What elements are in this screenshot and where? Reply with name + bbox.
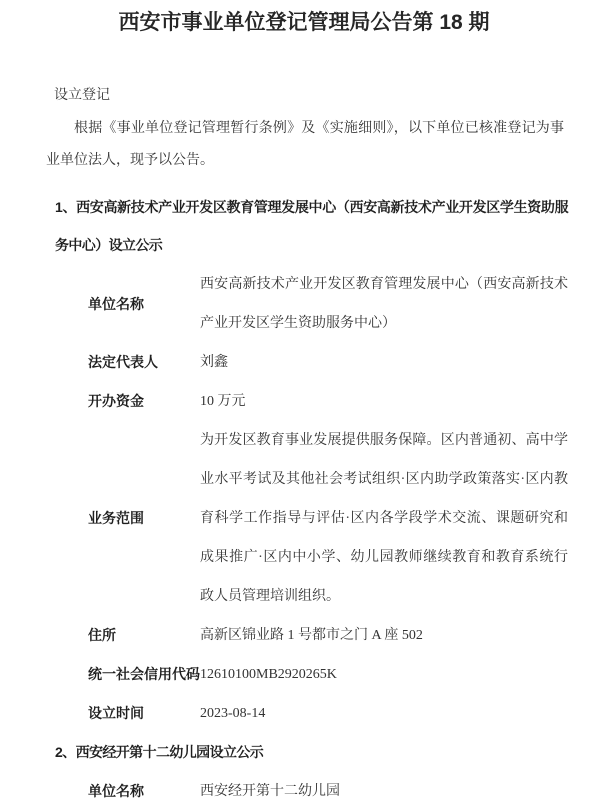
field-value-unit-name: 西安高新技术产业开发区教育管理发展中心（西安高新技术产业开发区学生资助服务中心） <box>200 265 568 343</box>
field-value-establishment-date: 2023-08-14 <box>200 694 568 733</box>
field-row-unit-name: 单位名称 西安高新技术产业开发区教育管理发展中心（西安高新技术产业开发区学生资助… <box>88 265 568 343</box>
field-row-credit-code: 统一社会信用代码 12610100MB2920265K <box>88 655 568 694</box>
document-page: 西安市事业单位登记管理局公告第 18 期 设立登记 根据《事业单位登记管理暂行条… <box>0 0 608 806</box>
entry-2-fields: 单位名称 西安经开第十二幼儿园 <box>88 772 568 806</box>
intro-paragraph: 根据《事业单位登记管理暂行条例》及《实施细则》，以下单位已核准登记为事业单位法人… <box>46 113 564 177</box>
field-value-credit-code: 12610100MB2920265K <box>200 655 568 694</box>
field-row-business-scope: 业务范围 为开发区教育事业发展提供服务保障。区内普通初、高中学业水平考试及其他社… <box>88 421 568 616</box>
entry-1-heading: 1、西安高新技术产业开发区教育管理发展中心（西安高新技术产业开发区学生资助服务中… <box>55 188 568 264</box>
field-value-unit-name-2: 西安经开第十二幼儿园 <box>200 772 568 806</box>
field-label-unit-name-2: 单位名称 <box>88 772 200 806</box>
field-label-address: 住所 <box>88 616 200 655</box>
field-label-unit-name: 单位名称 <box>88 285 200 324</box>
page-title: 西安市事业单位登记管理局公告第 18 期 <box>0 0 608 38</box>
field-row-unit-name-2: 单位名称 西安经开第十二幼儿园 <box>88 772 568 806</box>
field-label-credit-code: 统一社会信用代码 <box>88 655 200 694</box>
field-label-establishment-date: 设立时间 <box>88 694 200 733</box>
field-row-establishment-date: 设立时间 2023-08-14 <box>88 694 568 733</box>
field-value-legal-representative: 刘鑫 <box>200 343 568 382</box>
section-label-establishment-registration: 设立登记 <box>54 87 560 104</box>
field-value-business-scope: 为开发区教育事业发展提供服务保障。区内普通初、高中学业水平考试及其他社会考试组织… <box>200 421 568 616</box>
field-label-business-scope: 业务范围 <box>88 499 200 538</box>
field-row-address: 住所 高新区锦业路 1 号都市之门 A 座 502 <box>88 616 568 655</box>
field-row-legal-representative: 法定代表人 刘鑫 <box>88 343 568 382</box>
entry-2-heading: 2、西安经开第十二幼儿园设立公示 <box>55 733 568 771</box>
entry-1-fields: 单位名称 西安高新技术产业开发区教育管理发展中心（西安高新技术产业开发区学生资助… <box>88 265 568 733</box>
field-row-opening-funds: 开办资金 10 万元 <box>88 382 568 421</box>
field-value-opening-funds: 10 万元 <box>200 382 568 421</box>
field-value-address: 高新区锦业路 1 号都市之门 A 座 502 <box>200 616 568 655</box>
field-label-legal-representative: 法定代表人 <box>88 343 200 382</box>
field-label-opening-funds: 开办资金 <box>88 382 200 421</box>
